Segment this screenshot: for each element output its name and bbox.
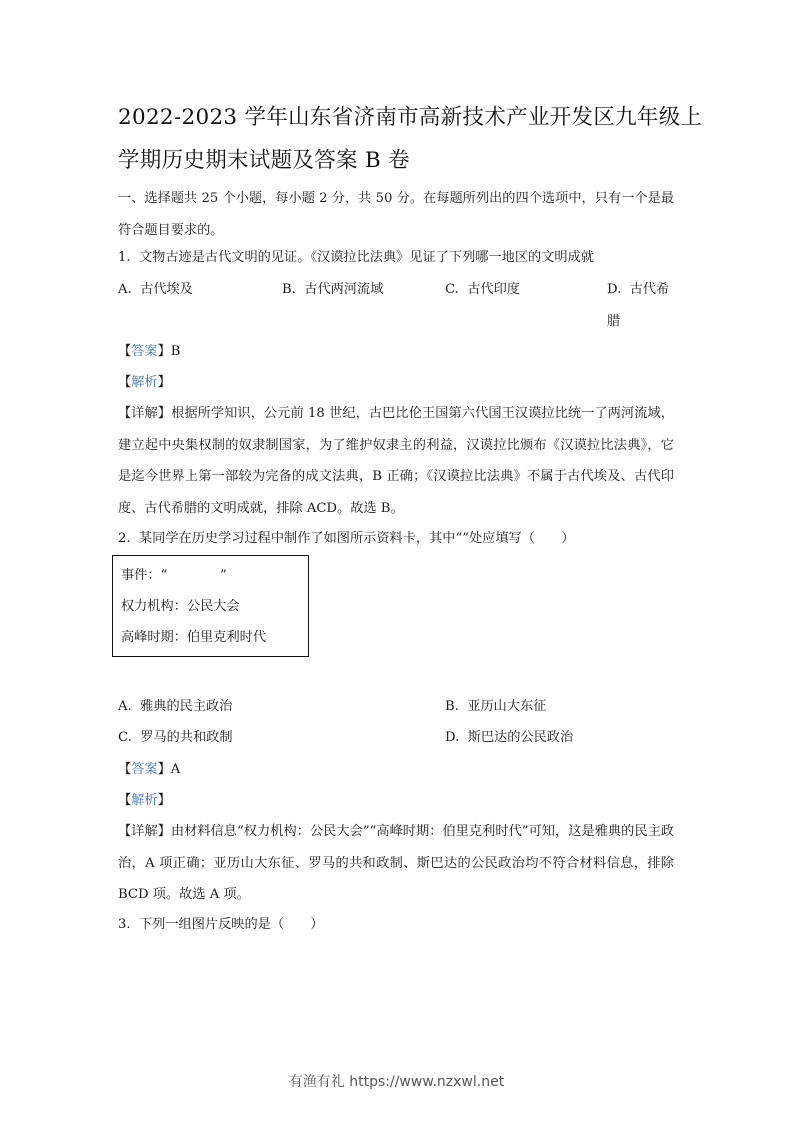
q1-option-a: A. 古代埃及 xyxy=(118,282,193,298)
question-number: 2. xyxy=(118,531,131,546)
q1-answer: 【答案】B xyxy=(118,344,180,360)
card-row-event: 事件：“ ” xyxy=(121,568,227,584)
bracket-open: 【 xyxy=(118,344,131,359)
info-card: 事件：“ ” 权力机构：公民大会 高峰时期：伯里克利时代 xyxy=(112,555,309,657)
q1-option-c: C. 古代印度 xyxy=(445,282,520,298)
footer-watermark: 有渔有礼 https://www.nzxwl.net xyxy=(0,1071,793,1091)
q1-detail: 【详解】根据所学知识，公元前 18 世纪，古巴比伦王国第六代国王汉谟拉比统一了两… xyxy=(118,398,674,524)
question-number: 3. xyxy=(118,917,131,932)
question-number: 1. xyxy=(118,250,131,265)
section-intro: 一、选择题共 25 个小题，每小题 2 分，共 50 分。在每题所列出的四个选项… xyxy=(118,183,674,246)
q2-option-d: D. 斯巴达的公民政治 xyxy=(445,730,573,746)
q2-option-c: C. 罗马的共和政制 xyxy=(118,730,233,746)
bracket-open: 【 xyxy=(118,793,131,808)
question-1-stem: 1. 文物古迹是古代文明的见证。《汉谟拉比法典》见证了下列哪一地区的文明成就 xyxy=(118,250,594,266)
option-text: 古代埃及 xyxy=(140,282,193,297)
option-text: 罗马的共和政制 xyxy=(140,730,232,745)
option-letter: B. xyxy=(445,699,459,714)
option-text: 古代两河流域 xyxy=(304,282,383,297)
document-title-line-1: 2022-2023 学年山东省济南市高新技术产业开发区九年级上 xyxy=(118,107,678,128)
answer-value: A xyxy=(171,762,181,777)
question-3-stem: 3. 下列一组图片反映的是（ ） xyxy=(118,917,324,933)
question-2-stem: 2. 某同学在历史学习过程中制作了如图所示资料卡，其中“”处应填写（ ） xyxy=(118,531,574,547)
option-text: 亚历山大东征 xyxy=(467,699,546,714)
option-letter: D. xyxy=(445,730,459,745)
q1-analysis-label: 【解析】 xyxy=(118,375,171,391)
question-text: 下列一组图片反映的是（ ） xyxy=(139,917,324,932)
option-text: 雅典的民主政治 xyxy=(140,699,232,714)
document-title-line-2: 学期历史期末试题及答案 B 卷 xyxy=(118,150,678,171)
analysis-label: 解析 xyxy=(131,793,157,808)
detail-tag: 【详解】 xyxy=(118,406,171,421)
detail-text: 由材料信息“权力机构：公民大会”“高峰时期：伯里克利时代”可知，这是雅典的民主政… xyxy=(118,824,674,902)
analysis-label: 解析 xyxy=(131,375,157,390)
bracket-close: 】 xyxy=(158,793,171,808)
question-text: 某同学在历史学习过程中制作了如图所示资料卡，其中“”处应填写（ ） xyxy=(139,531,574,546)
q1-option-b: B. 古代两河流域 xyxy=(282,282,383,298)
detail-text: 根据所学知识，公元前 18 世纪，古巴比伦王国第六代国王汉谟拉比统一了两河流域，… xyxy=(118,406,674,516)
option-letter: C. xyxy=(445,282,459,297)
option-letter: A. xyxy=(118,699,132,714)
answer-label: 答案 xyxy=(131,344,157,359)
option-letter: B. xyxy=(282,282,296,297)
q2-option-b: B. 亚历山大东征 xyxy=(445,699,546,715)
q1-option-d: D. 古代希腊 xyxy=(607,274,671,337)
card-row-authority: 权力机构：公民大会 xyxy=(121,599,240,615)
answer-label: 答案 xyxy=(131,762,157,777)
detail-tag: 【详解】 xyxy=(118,824,171,839)
q2-detail: 【详解】由材料信息“权力机构：公民大会”“高峰时期：伯里克利时代”可知，这是雅典… xyxy=(118,816,674,911)
option-letter: D. xyxy=(607,282,621,297)
option-text: 斯巴达的公民政治 xyxy=(468,730,574,745)
option-letter: C. xyxy=(118,730,132,745)
q2-analysis-label: 【解析】 xyxy=(118,793,171,809)
option-letter: A. xyxy=(118,282,132,297)
bracket-close: 】 xyxy=(158,375,171,390)
bracket-open: 【 xyxy=(118,762,131,777)
bracket-close: 】 xyxy=(158,762,171,777)
q2-option-a: A. 雅典的民主政治 xyxy=(118,699,232,715)
q2-answer: 【答案】A xyxy=(118,762,180,778)
option-text: 古代印度 xyxy=(467,282,520,297)
bracket-open: 【 xyxy=(118,375,131,390)
question-text: 文物古迹是古代文明的见证。《汉谟拉比法典》见证了下列哪一地区的文明成就 xyxy=(139,250,594,265)
bracket-close: 】 xyxy=(158,344,171,359)
answer-value: B xyxy=(171,344,181,359)
document-page: 2022-2023 学年山东省济南市高新技术产业开发区九年级上 学期历史期末试题… xyxy=(0,0,793,1122)
card-row-peak-period: 高峰时期：伯里克利时代 xyxy=(121,630,266,646)
